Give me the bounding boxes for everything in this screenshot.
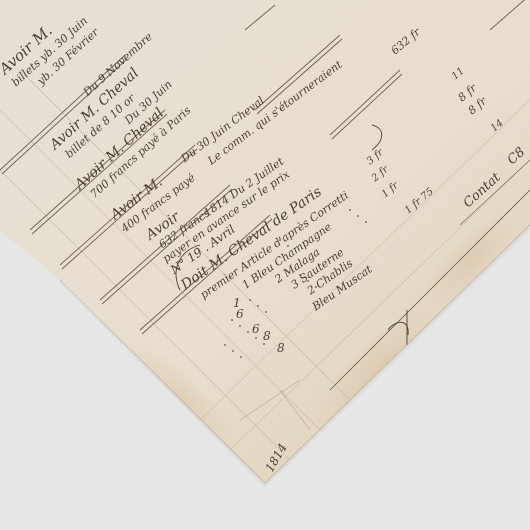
- quantity-column: 1 6 6 8 8: [233, 296, 285, 355]
- svg-text:6: 6: [252, 322, 260, 336]
- photo-scene: Avoir M. billets yb. 30 Juin yb. 30 Févr…: [0, 0, 530, 530]
- contat-label: Contat: [461, 170, 505, 211]
- svg-text:632 fr: 632 fr: [389, 25, 424, 57]
- svg-text:1 fr: 1 fr: [380, 180, 402, 201]
- svg-text:1 fr 75: 1 fr 75: [403, 186, 436, 216]
- svg-text:Le comm. qui s'étourneraient: Le comm. qui s'étourneraient: [204, 58, 345, 168]
- svg-text:6: 6: [236, 307, 244, 321]
- svg-text:8: 8: [277, 341, 285, 355]
- corner-label: C8: [505, 145, 529, 168]
- svg-text:14: 14: [489, 118, 506, 135]
- svg-text:11: 11: [450, 66, 467, 83]
- ledger-entry-6: Doit M. Cheval de Paris premier Article …: [177, 172, 393, 368]
- year-label: 1814: [262, 441, 289, 474]
- handwriting-layer: Avoir M. billets yb. 30 Juin yb. 30 Févr…: [0, 0, 530, 530]
- svg-text:8: 8: [263, 329, 271, 343]
